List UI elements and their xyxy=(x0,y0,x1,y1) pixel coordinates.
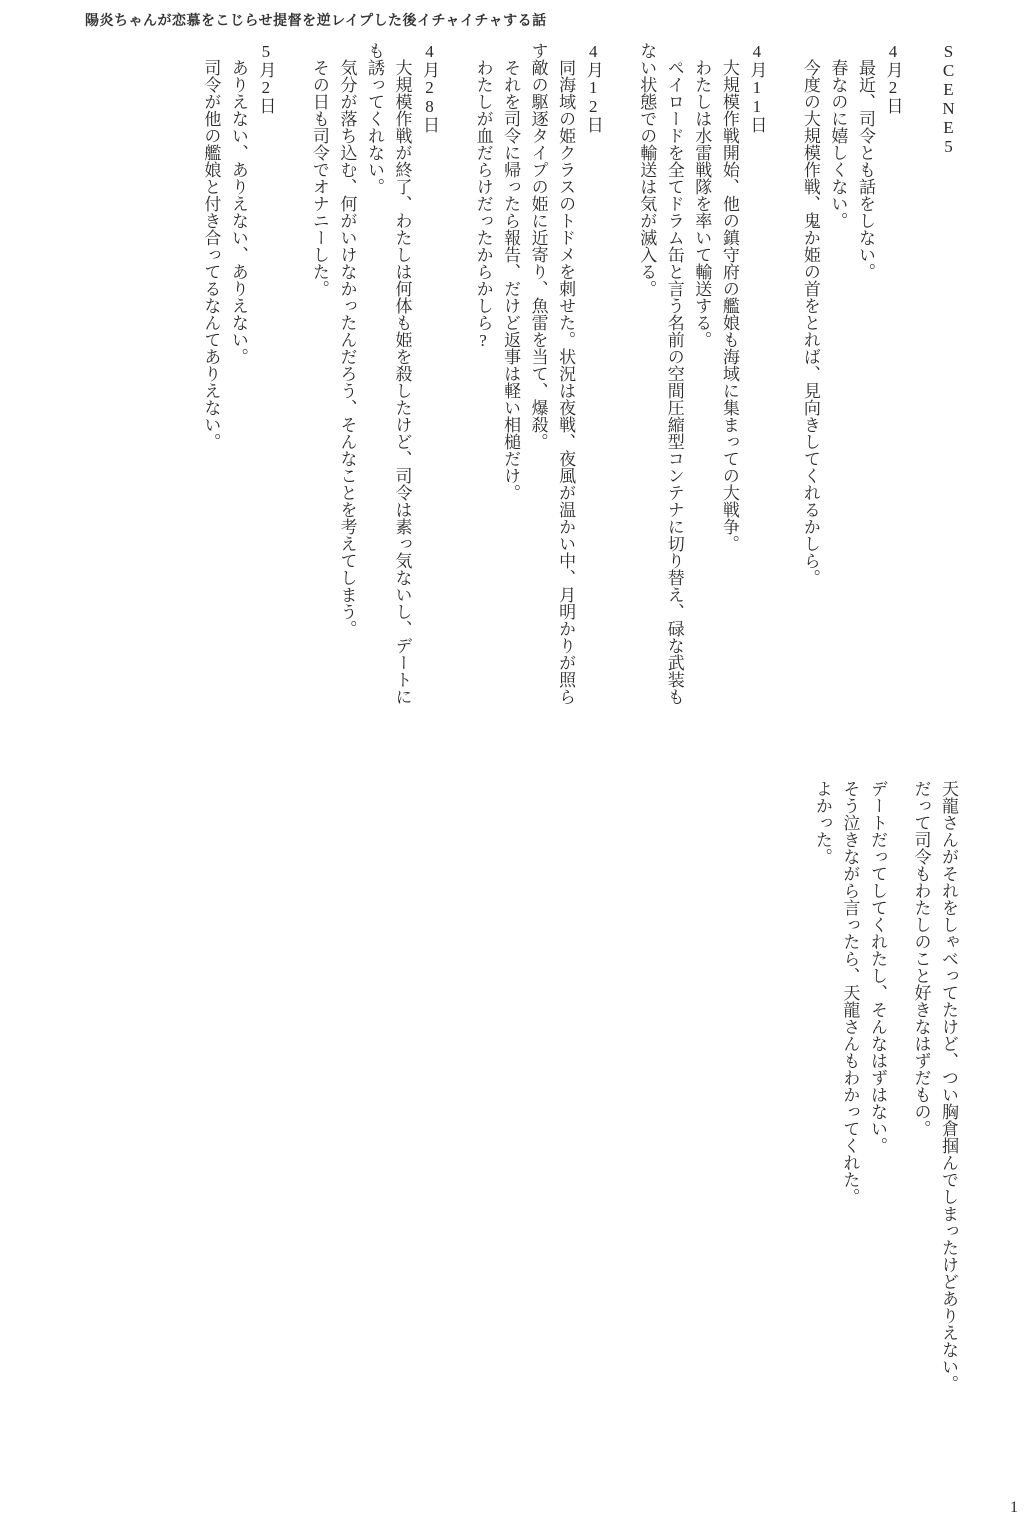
diary-paragraph: 春なのに嬉しくない。 xyxy=(824,42,852,706)
page-number: 1 xyxy=(1010,1499,1018,1517)
diary-entry-april-11: 4月11日 大規模作戦開始、他の鎮守府の艦娘も海域に集まっての大戦争。 わたしは… xyxy=(633,42,771,706)
diary-paragraph: わたしは水雷戦隊を率いて輸送する。 xyxy=(688,42,716,706)
entry-date: 4月28日 xyxy=(416,42,444,706)
continuation-paragraph: だって司令もわたしのこと好きなはずだもの。 xyxy=(907,780,935,1442)
diary-paragraph: ペイロードを全てドラム缶と言う名前の空間圧縮型コンテナに切り替え、碌な武装もない… xyxy=(633,42,688,706)
diary-entry-april-2: 4月2日 最近、司令とも話をしない。 春なのに嬉しくない。 今度の大規模作戦、鬼… xyxy=(796,42,906,706)
diary-paragraph: 気分が落ち込む、何がいけなかったんだろう、そんなことを考えてしまう。 xyxy=(333,42,361,706)
continuation-text-block: 天龍さんがそれをしゃべってたけど、つい胸倉掴んでしまったけどありえない。 だって… xyxy=(808,780,962,1442)
diary-paragraph: ありえない、ありえない、ありえない。 xyxy=(224,42,252,706)
diary-paragraph: 大規模作戦開始、他の鎮守府の艦娘も海域に集まっての大戦争。 xyxy=(715,42,743,706)
diary-paragraph: わたしが血だらけだったからかしら? xyxy=(469,42,497,706)
entry-date: 4月11日 xyxy=(743,42,771,706)
diary-text-block: SCENE5 4月2日 最近、司令とも話をしない。 春なのに嬉しくない。 今度の… xyxy=(197,42,962,706)
continuation-group: デートだってしてくれたし、そんなはずはない。 そう泣きながら言ったら、天龍さんも… xyxy=(808,780,891,1442)
diary-entry-april-12: 4月12日 同海域の姫クラスのトドメを刺せた。状況は夜戦、夜風が温かい中、月明か… xyxy=(469,42,607,706)
diary-entry-april-28: 4月28日 大規模作戦が終了、わたしは何体も姫を殺したけど、司令は素っ気ないし、… xyxy=(305,42,443,706)
continuation-paragraph: そう泣きながら言ったら、天龍さんもわかってくれた。 xyxy=(836,780,864,1442)
entry-date: 5月2日 xyxy=(252,42,280,706)
continuation-paragraph: よかった。 xyxy=(808,780,836,1442)
diary-paragraph: 大規模作戦が終了、わたしは何体も姫を殺したけど、司令は素っ気ないし、デートにも誘… xyxy=(360,42,415,706)
diary-paragraph: その日も司令でオナニーした。 xyxy=(305,42,333,706)
scene-title: SCENE5 xyxy=(934,42,962,706)
entry-date: 4月12日 xyxy=(579,42,607,706)
diary-entry-may-2: 5月2日 ありえない、ありえない、ありえない。 司令が他の艦娘と付き合ってるなん… xyxy=(197,42,280,706)
continuation-group: 天龍さんがそれをしゃべってたけど、つい胸倉掴んでしまったけどありえない。 だって… xyxy=(907,780,962,1442)
running-header-title: 陽炎ちゃんが恋慕をこじらせ提督を逆レイプした後イチャイチャする話 xyxy=(85,10,547,30)
diary-paragraph: それを司令に帰ったら報告、だけど返事は軽い相槌だけ。 xyxy=(497,42,525,706)
continuation-paragraph: デートだってしてくれたし、そんなはずはない。 xyxy=(863,780,891,1442)
diary-paragraph: 今度の大規模作戦、鬼か姫の首をとれば、見向きしてくれるかしら。 xyxy=(796,42,824,706)
continuation-paragraph: 天龍さんがそれをしゃべってたけど、つい胸倉掴んでしまったけどありえない。 xyxy=(934,780,962,1442)
diary-paragraph: 同海域の姫クラスのトドメを刺せた。状況は夜戦、夜風が温かい中、月明かりが照らす敵… xyxy=(524,42,579,706)
diary-paragraph: 最近、司令とも話をしない。 xyxy=(851,42,879,706)
diary-paragraph: 司令が他の艦娘と付き合ってるなんてありえない。 xyxy=(197,42,225,706)
entry-date: 4月2日 xyxy=(879,42,907,706)
